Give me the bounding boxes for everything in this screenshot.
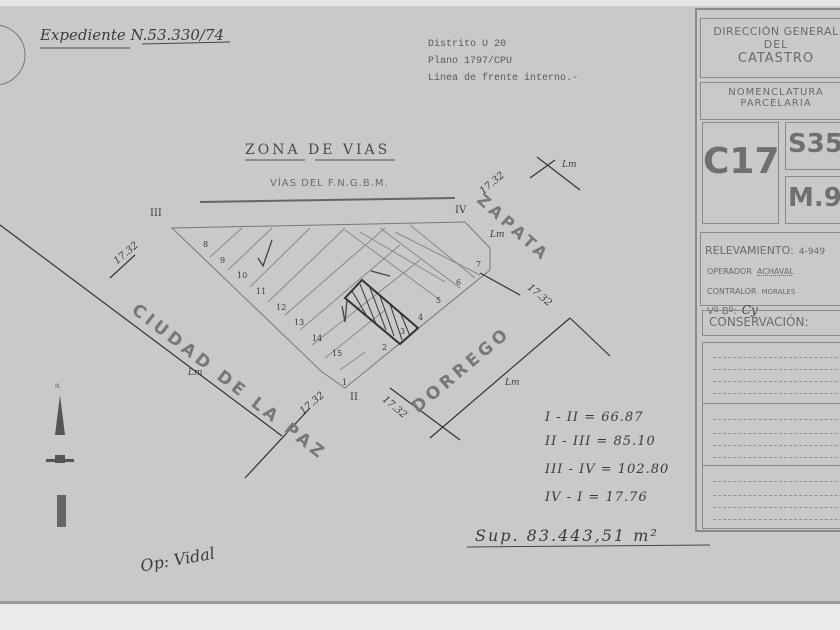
contralor-label: CONTRALOR: [707, 287, 757, 296]
paper-bottom-edge: [0, 601, 840, 630]
vertex-IV: IV: [455, 205, 466, 216]
operador-value: ACHAVAL: [757, 267, 794, 276]
segment-value: 102.80: [618, 462, 670, 477]
operador-row: OPERADOR ACHAVAL: [707, 259, 840, 278]
lm-label: Lm: [505, 378, 520, 388]
lot-number: 10: [237, 271, 247, 280]
lot-number: 5: [436, 296, 441, 305]
zona-de-vias-title: ZONA DE VIAS: [245, 142, 390, 158]
lot-number: 12: [276, 303, 286, 312]
manzana-box: M.91: [785, 176, 840, 224]
measurement-I-II: I - II = 66.87: [545, 410, 643, 425]
lot-number: 7: [476, 260, 481, 269]
lot-number: 11: [256, 287, 266, 296]
lot-number: 2: [382, 343, 387, 352]
plano-line: Plano 1797/CPU: [428, 53, 578, 70]
lot-number: 13: [294, 318, 304, 327]
segment-value: 17.76: [606, 490, 648, 505]
nomenclatura-line1: NOMENCLATURA: [701, 87, 840, 98]
north-arrow-icon: [45, 390, 75, 530]
seccion-value: S35: [788, 129, 840, 159]
segment-label: I - II: [545, 410, 579, 425]
manzana-value: M.91: [788, 183, 840, 213]
superficie-total: Sup. 83.443,51 m²: [475, 526, 659, 545]
agency-name-line2: DEL: [701, 38, 840, 51]
seccion-box: S35: [785, 122, 840, 170]
measurement-II-III: II - III = 85.10: [545, 434, 656, 449]
north-label: N.: [55, 383, 61, 390]
vertex-II: II: [350, 392, 358, 403]
lot-number: 14: [312, 334, 322, 343]
lm-label: Lm: [562, 160, 577, 170]
segment-value: 85.10: [614, 434, 656, 449]
lm-label: Lm: [188, 368, 203, 378]
title-block: DIRECCIÓN GENERAL DEL CATASTRO NOMENCLAT…: [695, 8, 840, 532]
contralor-value: MORALES: [762, 288, 796, 296]
contralor-row: CONTRALOR MORALES: [707, 279, 840, 298]
circunscripcion-box: C17: [702, 122, 779, 224]
lot-number: 4: [418, 313, 423, 322]
lot-number: 1: [342, 378, 347, 387]
lot-number: 3: [400, 327, 405, 336]
measurement-III-IV: III - IV = 102.80: [545, 462, 669, 477]
cadastral-plan-sheet: Expediente N.53.330/74 Distrito U 20 Pla…: [0, 0, 840, 630]
lot-number: 9: [220, 256, 225, 265]
agency-name-line3: CATASTRO: [701, 51, 840, 66]
typed-header: Distrito U 20 Plano 1797/CPU Linea de fr…: [428, 36, 578, 87]
conservacion-header: CONSERVACIÓN:: [702, 310, 840, 336]
segment-value: 66.87: [601, 410, 643, 425]
operador-label: OPERADOR: [707, 267, 752, 276]
relevamiento-value: 4-949: [799, 247, 825, 257]
lot-number: 6: [456, 278, 461, 287]
segment-label: II - III: [545, 434, 591, 449]
vias-label: VÍAS DEL F.N.G.B.M.: [270, 178, 389, 189]
lm-label: Lm: [490, 230, 505, 240]
lot-number: 8: [203, 240, 208, 249]
segment-label: III - IV: [545, 462, 596, 477]
distrito-line: Distrito U 20: [428, 36, 578, 53]
expediente-number: Expediente N.53.330/74: [40, 26, 224, 44]
relevamiento-row: RELEVAMIENTO: 4-949: [705, 239, 840, 258]
conservacion-label: CONSERVACIÓN:: [709, 315, 840, 329]
measurement-IV-I: IV - I = 17.76: [545, 490, 648, 505]
relevamiento-label: RELEVAMIENTO:: [705, 244, 794, 257]
agency-box: DIRECCIÓN GENERAL DEL CATASTRO: [700, 18, 840, 78]
agency-name-line1: DIRECCIÓN GENERAL: [701, 25, 840, 38]
vertex-III: III: [150, 208, 162, 219]
nomenclatura-line2: PARCELARIA: [701, 98, 840, 109]
linea-frente-line: Linea de frente interno.-: [428, 70, 578, 87]
relevamiento-box: RELEVAMIENTO: 4-949 OPERADOR ACHAVAL CON…: [700, 232, 840, 306]
segment-label: IV - I: [545, 490, 583, 505]
conservacion-records: [702, 342, 840, 529]
nomenclatura-box: NOMENCLATURA PARCELARIA: [700, 82, 840, 120]
circunscripcion-value: C17: [703, 141, 778, 182]
lot-number: 15: [332, 349, 342, 358]
